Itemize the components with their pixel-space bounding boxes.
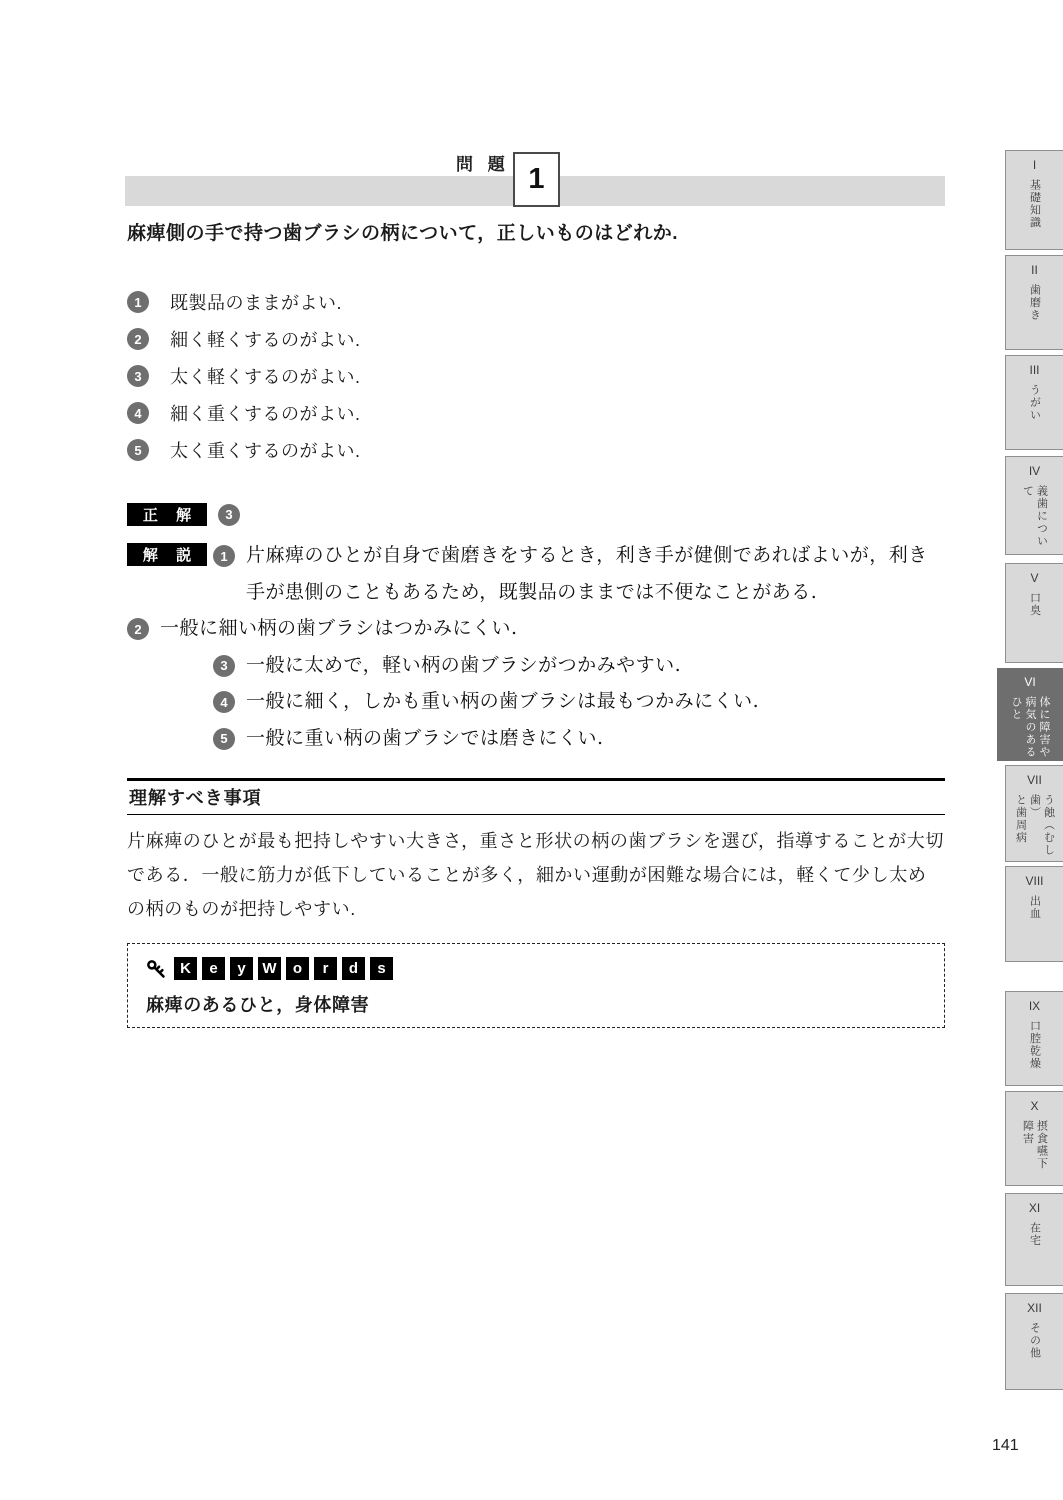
option-number-badge: 5 <box>127 439 149 461</box>
understanding-body: 片麻痺のひとが最も把持しやすい大きさ，重さと形状の柄の歯ブラシを選び，指導するこ… <box>127 824 945 926</box>
options-list: 1 既製品のままがよい. 2 細く軽くするのがよい. 3 太く軽くするのがよい.… <box>127 291 361 461</box>
keywords-letter-tile: K <box>174 957 197 980</box>
tab-numeral: VI <box>1024 675 1035 689</box>
keywords-title-row: K e y W o r d s <box>146 957 926 980</box>
question-number-box: 1 <box>513 152 560 207</box>
sidebar-tab-iv: IV 義歯について <box>1005 456 1063 555</box>
tab-label: 歯磨き <box>1028 284 1042 322</box>
sidebar-tab-vii: VII う蝕（むし歯） と歯周病 <box>1005 765 1063 862</box>
sidebar-tab-i: I 基礎知識 <box>1005 150 1063 250</box>
explanation-item: 1 片麻痺のひとが自身で歯磨きをするとき，利き手が健側であればよいが，利き手が患… <box>213 537 947 610</box>
keywords-letter-tile: d <box>342 957 365 980</box>
tab-numeral: X <box>1030 1099 1038 1113</box>
key-icon <box>146 959 166 979</box>
tab-numeral: I <box>1033 158 1036 172</box>
tab-label: 義歯について <box>1021 485 1049 554</box>
explanation-number-badge: 1 <box>213 545 235 567</box>
explanation-section: 解 説 1 片麻痺のひとが自身で歯磨きをするとき，利き手が健側であればよいが，利… <box>127 537 947 756</box>
explanation-text: 一般に太めで，軽い柄の歯ブラシがつかみやすい. <box>246 647 681 684</box>
keywords-letter-tile: y <box>230 957 253 980</box>
explanation-text: 片麻痺のひとが自身で歯磨きをするとき，利き手が健側であればよいが，利き手が患側の… <box>246 537 947 610</box>
option-text: 細く軽くするのがよい. <box>170 326 361 352</box>
explanation-item: 5 一般に重い柄の歯ブラシでは磨きにくい. <box>213 720 947 757</box>
tab-label: 口腔乾燥 <box>1028 1020 1042 1070</box>
explanation-number-badge: 2 <box>127 618 149 640</box>
understanding-section: 理解すべき事項 片麻痺のひとが最も把持しやすい大きさ，重さと形状の柄の歯ブラシを… <box>127 778 945 926</box>
option-number-badge: 3 <box>127 365 149 387</box>
option-number-badge: 1 <box>127 291 149 313</box>
tab-numeral: III <box>1029 363 1039 377</box>
sidebar-tab-x: X 摂食嚥下 障害 <box>1005 1091 1063 1186</box>
sidebar-tab-iii: III うがい <box>1005 355 1063 450</box>
tab-label: 在宅 <box>1028 1222 1042 1247</box>
tab-numeral: VII <box>1027 773 1042 787</box>
tab-label: 体に障害や 病気のある ひと <box>1009 696 1051 759</box>
answer-row: 正 解 3 <box>127 503 240 526</box>
tab-numeral: II <box>1031 263 1038 277</box>
option-text: 細く重くするのがよい. <box>170 400 361 426</box>
book-page: { "header": { "label": "問 題", "number": … <box>0 0 1063 1500</box>
sidebar-tab-ii: II 歯磨き <box>1005 255 1063 350</box>
page-number: 141 <box>992 1437 1019 1455</box>
understanding-heading: 理解すべき事項 <box>127 778 945 815</box>
sidebar-tab-ix: IX 口腔乾燥 <box>1005 991 1063 1086</box>
explanation-number-badge: 3 <box>213 655 235 677</box>
keywords-box: K e y W o r d s 麻痺のあるひと，身体障害 <box>127 943 945 1028</box>
option-text: 既製品のままがよい. <box>170 289 342 315</box>
option-row: 2 細く軽くするのがよい. <box>127 328 361 350</box>
keywords-letter-tile: W <box>258 957 281 980</box>
tab-label: うがい <box>1028 384 1042 422</box>
option-text: 太く軽くするのがよい. <box>170 363 361 389</box>
sidebar-tab-v: V 口臭 <box>1005 563 1063 663</box>
explanation-item: 3 一般に太めで，軽い柄の歯ブラシがつかみやすい. <box>213 647 947 684</box>
tab-label: その他 <box>1028 1322 1042 1360</box>
keywords-letter-tile: e <box>202 957 225 980</box>
explanation-number-badge: 5 <box>213 728 235 750</box>
question-title: 麻痺側の手で持つ歯ブラシの柄について，正しいものはどれか. <box>127 218 957 245</box>
keywords-letter-tile: o <box>286 957 309 980</box>
option-row: 4 細く重くするのがよい. <box>127 402 361 424</box>
answer-label: 正 解 <box>127 503 207 526</box>
tab-label: う蝕（むし歯） と歯周病 <box>1014 794 1056 861</box>
sidebar-tab-xi: XI 在宅 <box>1005 1193 1063 1286</box>
option-number-badge: 2 <box>127 328 149 350</box>
sidebar-tab-xii: XII その他 <box>1005 1293 1063 1390</box>
explanation-text: 一般に重い柄の歯ブラシでは磨きにくい. <box>246 720 604 757</box>
tab-numeral: IV <box>1029 464 1040 478</box>
sidebar-tab-viii: VIII 出血 <box>1005 866 1063 962</box>
explanation-item: 2 一般に細い柄の歯ブラシはつかみにくい. <box>127 610 947 647</box>
keywords-text: 麻痺のあるひと，身体障害 <box>146 991 926 1017</box>
keywords-letter-tile: s <box>370 957 393 980</box>
explanation-text: 一般に細く，しかも重い柄の歯ブラシは最もつかみにくい. <box>246 683 759 720</box>
option-row: 3 太く軽くするのがよい. <box>127 365 361 387</box>
explanation-label: 解 説 <box>127 543 207 566</box>
option-text: 太く重くするのがよい. <box>170 437 361 463</box>
tab-numeral: IX <box>1029 999 1040 1013</box>
explanation-number-badge: 4 <box>213 691 235 713</box>
option-row: 5 太く重くするのがよい. <box>127 439 361 461</box>
option-row: 1 既製品のままがよい. <box>127 291 361 313</box>
keywords-letter-tile: r <box>314 957 337 980</box>
question-number: 1 <box>528 163 544 196</box>
tab-label: 基礎知識 <box>1028 179 1042 229</box>
tab-label: 口臭 <box>1028 592 1042 617</box>
explanation-item: 4 一般に細く，しかも重い柄の歯ブラシは最もつかみにくい. <box>213 683 947 720</box>
sidebar-tab-vi-active: VI 体に障害や 病気のある ひと <box>997 668 1063 761</box>
explanation-first-row: 解 説 1 片麻痺のひとが自身で歯磨きをするとき，利き手が健側であればよいが，利… <box>127 537 947 610</box>
option-number-badge: 4 <box>127 402 149 424</box>
answer-number-badge: 3 <box>218 504 240 526</box>
question-header-label: 問 題 <box>456 150 510 175</box>
tab-numeral: XII <box>1027 1301 1042 1315</box>
tab-numeral: V <box>1030 571 1038 585</box>
tab-numeral: VIII <box>1025 874 1043 888</box>
tab-label: 摂食嚥下 障害 <box>1021 1120 1049 1170</box>
tab-numeral: XI <box>1029 1201 1040 1215</box>
explanation-text: 一般に細い柄の歯ブラシはつかみにくい. <box>160 610 518 647</box>
tab-label: 出血 <box>1028 895 1042 920</box>
